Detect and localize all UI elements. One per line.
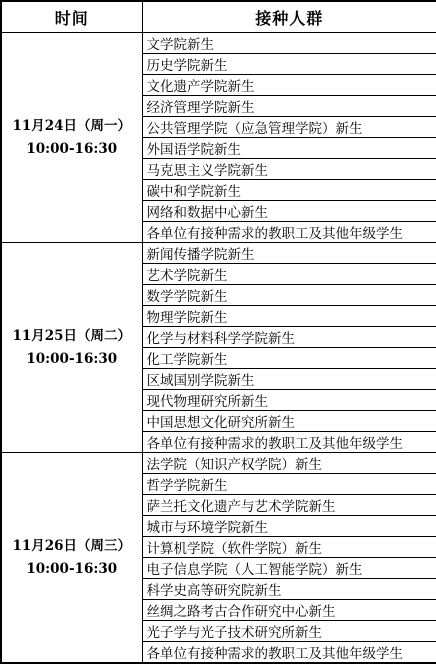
group-cell: 城市与环境学院新生 [142, 516, 436, 537]
group-cell: 化工学院新生 [142, 348, 436, 369]
group-cell: 各单位有接种需求的教职工及其他年级学生 [142, 432, 436, 453]
time-cell-block-3: 11月26日（周三） 10:00-16:30 [1, 453, 142, 664]
group-cell: 法学院（知识产权学院）新生 [142, 453, 436, 474]
group-cell: 区域国别学院新生 [142, 369, 436, 390]
group-cell: 数学学院新生 [142, 285, 436, 306]
group-cell: 物理学院新生 [142, 306, 436, 327]
group-cell: 文学院新生 [142, 33, 436, 54]
group-cell: 光子学与光子技术研究所新生 [142, 621, 436, 642]
group-cell: 现代物理研究所新生 [142, 390, 436, 411]
time-cell-block-1: 11月24日（周一） 10:00-16:30 [1, 33, 142, 243]
time-cell-block-2: 11月25日（周二） 10:00-16:30 [1, 243, 142, 453]
vaccination-schedule-table: 时间 接种人群 11月24日（周一） 10:00-16:30 文学院新生 历史学… [0, 0, 436, 664]
col-header-group: 接种人群 [142, 1, 436, 33]
col-header-time: 时间 [1, 1, 142, 33]
table-row: 11月25日（周二） 10:00-16:30 新闻传播学院新生 [1, 243, 436, 264]
group-cell: 丝绸之路考古合作研究中心新生 [142, 600, 436, 621]
group-cell: 萨兰托文化遗产与艺术学院新生 [142, 495, 436, 516]
group-cell: 公共管理学院（应急管理学院）新生 [142, 117, 436, 138]
hours-label: 10:00-16:30 [2, 558, 142, 581]
hours-label: 10:00-16:30 [2, 348, 142, 371]
group-cell: 文化遗产学院新生 [142, 75, 436, 96]
group-cell: 科学史高等研究院新生 [142, 579, 436, 600]
group-cell: 化学与材料科学学院新生 [142, 327, 436, 348]
date-label: 11月26日（周三） [2, 535, 142, 558]
group-cell: 各单位有接种需求的教职工及其他年级学生 [142, 642, 436, 664]
group-cell: 外国语学院新生 [142, 138, 436, 159]
date-label: 11月24日（周一） [2, 115, 142, 138]
table-row: 11月24日（周一） 10:00-16:30 文学院新生 [1, 33, 436, 54]
group-cell: 经济管理学院新生 [142, 96, 436, 117]
group-cell: 历史学院新生 [142, 54, 436, 75]
group-cell: 电子信息学院（人工智能学院）新生 [142, 558, 436, 579]
group-cell: 马克思主义学院新生 [142, 159, 436, 180]
group-cell: 中国思想文化研究所新生 [142, 411, 436, 432]
group-cell: 碳中和学院新生 [142, 180, 436, 201]
group-cell: 哲学学院新生 [142, 474, 436, 495]
group-cell: 网络和数据中心新生 [142, 201, 436, 222]
hours-label: 10:00-16:30 [2, 138, 142, 161]
group-cell: 艺术学院新生 [142, 264, 436, 285]
group-cell: 新闻传播学院新生 [142, 243, 436, 264]
group-cell: 计算机学院（软件学院）新生 [142, 537, 436, 558]
group-cell: 各单位有接种需求的教职工及其他年级学生 [142, 222, 436, 243]
date-label: 11月25日（周二） [2, 325, 142, 348]
table-header-row: 时间 接种人群 [1, 1, 436, 33]
table-row: 11月26日（周三） 10:00-16:30 法学院（知识产权学院）新生 [1, 453, 436, 474]
